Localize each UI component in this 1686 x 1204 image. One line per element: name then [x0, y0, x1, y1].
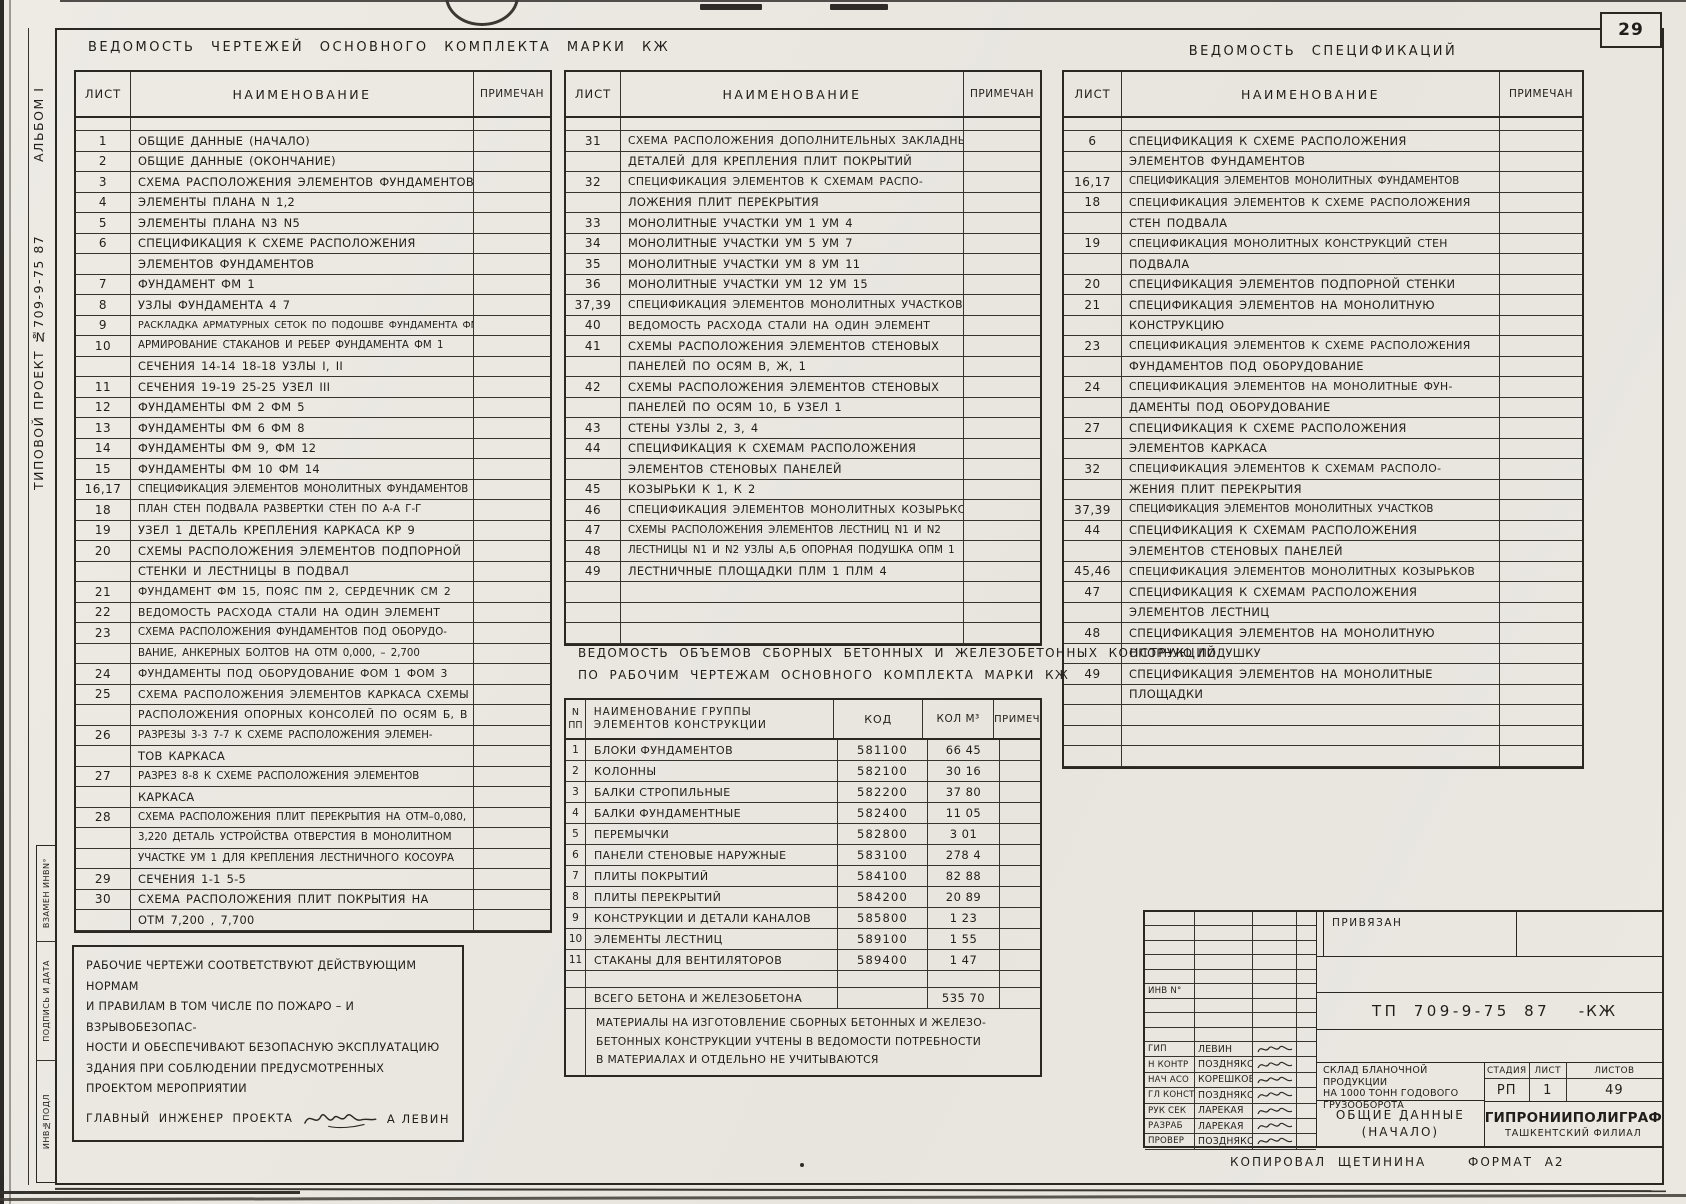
sheet-number-cell: 20: [76, 541, 131, 561]
drawing-name-cell: ФУНДАМЕНТ ФМ 1: [131, 275, 474, 295]
drawing-name-cell: ПАНЕЛЕЙ ПО ОСЯМ В, Ж, 1: [621, 357, 964, 377]
col-header-n: N ПП: [566, 700, 586, 738]
row-number-cell: 4: [566, 803, 586, 823]
title-block-cell: [1145, 955, 1195, 968]
drawing-name-cell: УЗЛЫ ФУНДАМЕНТА 4 7: [131, 295, 474, 315]
col-header-sheet: ЛИСТ: [76, 72, 131, 116]
sheet-number-cell: [1064, 316, 1122, 336]
sheet-number-cell: 21: [1064, 295, 1122, 315]
note-cell: [964, 603, 1040, 623]
drawing-name-cell: РАСПОЛОЖЕНИЯ ОПОРНЫХ КОНСОЛЕЙ ПО ОСЯМ Б,…: [131, 705, 474, 725]
note-cell: [1000, 908, 1040, 928]
note-cell: [1500, 541, 1582, 561]
sheet-number-cell: 24: [76, 664, 131, 684]
col-header-sheet: ЛИСТ: [1064, 72, 1122, 116]
sheet-number-cell: [76, 644, 131, 664]
table-header: N ПП НАИМЕНОВАНИЕ ГРУППЫ ЭЛЕМЕНТОВ КОНСТ…: [566, 700, 1040, 740]
blank-row: [566, 971, 1040, 988]
drawing-name-cell: СПЕЦИФИКАЦИЯ ЭЛЕМЕНТОВ МОНОЛИТНЫХ КОЗЫРЬ…: [1122, 562, 1500, 582]
table-row: КОНСТРУКЦИЮ: [1064, 316, 1582, 337]
table-row: 47СПЕЦИФИКАЦИЯ К СХЕМАМ РАСПОЛОЖЕНИЯ: [1064, 582, 1582, 603]
sheet-number-cell: 27: [1064, 418, 1122, 438]
signature-squiggle-icon: [1256, 1135, 1294, 1147]
table-header: ЛИСТ НАИМЕНОВАНИЕ ПРИМЕЧАН: [1064, 72, 1582, 118]
table-row: 44СПЕЦИФИКАЦИЯ К СХЕМАМ РАСПОЛОЖЕНИЯ: [566, 439, 1040, 460]
sheet-number-cell: 14: [76, 439, 131, 459]
quantity-cell: 20 89: [928, 887, 1000, 907]
table-row: ПОДВАЛА: [1064, 254, 1582, 275]
drawing-name-cell: СПЕЦИФИКАЦИЯ ЭЛЕМЕНТОВ НА МОНОЛИТНЫЕ: [1122, 664, 1500, 684]
sheet-number-cell: [1064, 152, 1122, 172]
group-name-cell: ПЛИТЫ ПОКРЫТИЙ: [586, 866, 838, 886]
person-name-cell: ЛАРЕКАЯ: [1195, 1104, 1253, 1118]
note-cell: [474, 664, 550, 684]
role-cell: РАЗРАБ: [1145, 1119, 1195, 1133]
drawing-name-cell: СПЕЦИФИКАЦИЯ К СХЕМЕ РАСПОЛОЖЕНИЯ: [1122, 418, 1500, 438]
quantity-cell: 1 23: [928, 908, 1000, 928]
drawing-name-cell: ФУНДАМЕНТЫ ПОД ОБОРУДОВАНИЕ ФОМ 1 ФОМ 3: [131, 664, 474, 684]
table-row: 29СЕЧЕНИЯ 1-1 5-5: [76, 869, 550, 890]
title-block-row: [1145, 1028, 1316, 1042]
note-cell: [1500, 377, 1582, 397]
sheet-number-cell: 25: [76, 685, 131, 705]
row-number-cell: 8: [566, 887, 586, 907]
title-block-cell: [1297, 1013, 1316, 1026]
role-cell: Н КОНТР: [1145, 1057, 1195, 1071]
table-row: [1064, 746, 1582, 767]
table-row: 44СПЕЦИФИКАЦИЯ К СХЕМАМ РАСПОЛОЖЕНИЯ: [1064, 521, 1582, 542]
group-name-cell: СТАКАНЫ ДЛЯ ВЕНТИЛЯТОРОВ: [586, 950, 838, 970]
table-row: ЖЕНИЯ ПЛИТ ПЕРЕКРЫТИЯ: [1064, 480, 1582, 501]
note-cell: [474, 480, 550, 500]
table-row: 45,46СПЕЦИФИКАЦИЯ ЭЛЕМЕНТОВ МОНОЛИТНЫХ К…: [1064, 562, 1582, 583]
signature-squiggle-icon: [1256, 1105, 1294, 1117]
sheet-number-cell: 48: [1064, 623, 1122, 643]
drawing-name-cell: [1122, 726, 1500, 746]
drawing-name-cell: ФУНДАМЕНТЫ ФМ 9, ФМ 12: [131, 439, 474, 459]
table-row: 35МОНОЛИТНЫЕ УЧАСТКИ УМ 8 УМ 11: [566, 254, 1040, 275]
table-row: 24ФУНДАМЕНТЫ ПОД ОБОРУДОВАНИЕ ФОМ 1 ФОМ …: [76, 664, 550, 685]
drawing-name-cell: 3,220 ДЕТАЛЬ УСТРОЙСТВА ОТВЕРСТИЯ В МОНО…: [131, 828, 474, 848]
group-name-cell: БАЛКИ ФУНДАМЕНТНЫЕ: [586, 803, 838, 823]
person-name-cell: ПОЗДНЯКОВ: [1195, 1088, 1253, 1102]
drawing-name-cell: КОЗЫРЬКИ К 1, К 2: [621, 480, 964, 500]
sheet-number-cell: 30: [76, 890, 131, 910]
drawing-name-cell: СХЕМА РАСПОЛОЖЕНИЯ ЭЛЕМЕНТОВ ФУНДАМЕНТОВ: [131, 172, 474, 192]
sheet-number-cell: [1064, 480, 1122, 500]
title-block-cell: [1253, 1028, 1297, 1041]
table-row: ЛОЖЕНИЯ ПЛИТ ПЕРЕКРЫТИЯ: [566, 193, 1040, 214]
title-block-cell: [1145, 941, 1195, 954]
table-row: 20СПЕЦИФИКАЦИЯ ЭЛЕМЕНТОВ ПОДПОРНОЙ СТЕНК…: [1064, 275, 1582, 296]
row-number-cell: 3: [566, 782, 586, 802]
note-cell: [474, 398, 550, 418]
signature-cell: [1253, 1088, 1297, 1102]
title-block-cell: [1253, 999, 1297, 1012]
drawing-name-cell: СПЕЦИФИКАЦИЯ ЭЛЕМЕНТОВ МОНОЛИТНЫХ КОЗЫРЬ…: [621, 500, 964, 520]
title-block-cell: [1145, 999, 1195, 1012]
stamp-cell: ПОДПИСЬ И ДАТА: [37, 942, 56, 1061]
table-row: 1ОБЩИЕ ДАННЫЕ (НАЧАЛО): [76, 131, 550, 152]
table-row: [566, 582, 1040, 603]
role-cell: ПРОВЕР: [1145, 1134, 1195, 1148]
sheet-number-cell: 45,46: [1064, 562, 1122, 582]
sheet-number-cell: [566, 152, 621, 172]
drawing-name-cell: ЭЛЕМЕНТОВ ФУНДАМЕНТОВ: [131, 254, 474, 274]
table-row: 34МОНОЛИТНЫЕ УЧАСТКИ УМ 5 УМ 7: [566, 234, 1040, 255]
drawing-name-cell: СТЕН ПОДВАЛА: [1122, 213, 1500, 233]
table-row: 45КОЗЫРЬКИ К 1, К 2: [566, 480, 1040, 501]
drawing-name-cell: ТОВ КАРКАСА: [131, 746, 474, 766]
drawing-name-cell: СПЕЦИФИКАЦИЯ ЭЛЕМЕНТОВ НА МОНОЛИТНЫЕ ФУН…: [1122, 377, 1500, 397]
sheet-number-cell: 31: [566, 131, 621, 151]
drawing-name-cell: [131, 118, 474, 130]
table-row: 2ОБЩИЕ ДАННЫЕ (ОКОНЧАНИЕ): [76, 152, 550, 173]
note-cell: [474, 118, 550, 130]
table-row: ОТМ 7,200 , 7,700: [76, 910, 550, 931]
title-block-bottom: СКЛАД БЛАНОЧНОЙ ПРОДУКЦИИ НА 1000 ТОНН Г…: [1317, 1063, 1662, 1146]
drawing-name-cell: [621, 603, 964, 623]
project-number-label: ТИПОВОЙ ПРОЕКТ №709-9-75 87: [31, 190, 46, 490]
compliance-note-text: РАБОЧИЕ ЧЕРТЕЖИ СООТВЕТСТВУЮТ ДЕЙСТВУЮЩИ…: [86, 956, 450, 1100]
drawing-name-cell: ПЛАН СТЕН ПОДВАЛА РАЗВЕРТКИ СТЕН ПО А-А …: [131, 500, 474, 520]
person-name-cell: ЛАРЕКАЯ: [1195, 1119, 1253, 1133]
table-row: [1064, 118, 1582, 131]
drawing-name-cell: СПЕЦИФИКАЦИЯ ЭЛЕМЕНТОВ К СХЕМАМ РАСПОЛО-: [1122, 459, 1500, 479]
sheet-number-cell: 16,17: [76, 480, 131, 500]
note-cell: [474, 562, 550, 582]
note-cell: [474, 849, 550, 869]
sheet-number-cell: 32: [566, 172, 621, 192]
specs-list-title: ВЕДОМОСТЬ СПЕЦИФИКАЦИЙ: [1062, 44, 1584, 59]
quantity-cell: 1 47: [928, 950, 1000, 970]
total-qty: 535 70: [928, 988, 1000, 1008]
title-block-row: [1145, 926, 1316, 940]
note-cell: [964, 193, 1040, 213]
note-cell: [1000, 824, 1040, 844]
date-cell: [1297, 1134, 1316, 1148]
drawing-name-cell: КОНСТРУКЦИЮ: [1122, 316, 1500, 336]
table-header: ЛИСТ НАИМЕНОВАНИЕ ПРИМЕЧАН: [566, 72, 1040, 118]
title-block-row: [1145, 941, 1316, 955]
drawing-name-cell: СПЕЦИФИКАЦИЯ К СХЕМЕ РАСПОЛОЖЕНИЯ: [1122, 131, 1500, 151]
volumes-table: N ПП НАИМЕНОВАНИЕ ГРУППЫ ЭЛЕМЕНТОВ КОНСТ…: [564, 698, 1042, 1077]
col-header-note: ПРИМЕЧАН: [1500, 72, 1582, 116]
note-cell: [474, 910, 550, 930]
drawing-name-cell: ПАНЕЛЕЙ ПО ОСЯМ 10, Б УЗЕЛ 1: [621, 398, 964, 418]
note-cell: [474, 808, 550, 828]
drawing-name-cell: РАЗРЕЗ 8-8 К СХЕМЕ РАСПОЛОЖЕНИЯ ЭЛЕМЕНТО…: [131, 767, 474, 787]
sheet-number-cell: 35: [566, 254, 621, 274]
note-cell: [964, 275, 1040, 295]
table-row: 25СХЕМА РАСПОЛОЖЕНИЯ ЭЛЕМЕНТОВ КАРКАСА С…: [76, 685, 550, 706]
sheet-number-cell: 19: [76, 521, 131, 541]
sheet-number-cell: 10: [76, 336, 131, 356]
sheet-number-cell: 8: [76, 295, 131, 315]
table-row: [566, 603, 1040, 624]
empty-band: [1317, 957, 1662, 993]
row-number-cell: 7: [566, 866, 586, 886]
sheet-number-cell: [1064, 357, 1122, 377]
quantity-cell: 11 05: [928, 803, 1000, 823]
signature-row: Н КОНТРПОЗДНЯКОВ: [1145, 1057, 1316, 1072]
sheet-number-cell: [76, 562, 131, 582]
table-row: ДЕТАЛЕЙ ДЛЯ КРЕПЛЕНИЯ ПЛИТ ПОКРЫТИЙ: [566, 152, 1040, 173]
col-header-sheet: ЛИСТ: [566, 72, 621, 116]
drawing-name-cell: АРМИРОВАНИЕ СТАКАНОВ И РЕБЕР ФУНДАМЕНТА …: [131, 336, 474, 356]
note-cell: [964, 582, 1040, 602]
sheet-value: 1: [1530, 1079, 1567, 1101]
col-header-code: КОД: [834, 700, 923, 738]
note-cell: [964, 459, 1040, 479]
group-name-cell: ЭЛЕМЕНТЫ ЛЕСТНИЦ: [586, 929, 838, 949]
table-row: 28СХЕМА РАСПОЛОЖЕНИЯ ПЛИТ ПЕРЕКРЫТИЯ НА …: [76, 808, 550, 829]
col-header-note: ПРИМЕЧАН: [474, 72, 550, 116]
col-header-note: ПРИМЕЧАН: [964, 72, 1040, 116]
sheet-number-cell: 47: [566, 521, 621, 541]
stamp-label: ИНВ№ПОДЛ: [42, 1094, 51, 1149]
sheet-number-cell: 7: [76, 275, 131, 295]
drawing-name-cell: [621, 582, 964, 602]
table-row: 4ЭЛЕМЕНТЫ ПЛАНА N 1,2: [76, 193, 550, 214]
sheet-number-cell: [76, 357, 131, 377]
specs-table: ЛИСТ НАИМЕНОВАНИЕ ПРИМЕЧАН 6СПЕЦИФИКАЦИЯ…: [1062, 70, 1584, 769]
title-block-cell: [1145, 970, 1195, 983]
drawing-name-cell: [621, 623, 964, 643]
note-cell: [1000, 929, 1040, 949]
signature-cell: [1253, 1057, 1297, 1071]
table-row: 16,17СПЕЦИФИКАЦИЯ ЭЛЕМЕНТОВ МОНОЛИТНЫХ Ф…: [1064, 172, 1582, 193]
drawing-name-cell: ФУНДАМЕНТЫ ФМ 10 ФМ 14: [131, 459, 474, 479]
table-row: 6ПАНЕЛИ СТЕНОВЫЕ НАРУЖНЫЕ583100278 4: [566, 845, 1040, 866]
note-cell: [1500, 316, 1582, 336]
table-row: 7ФУНДАМЕНТ ФМ 1: [76, 275, 550, 296]
sheet-number-cell: 43: [566, 418, 621, 438]
sheet-number-cell: [76, 254, 131, 274]
document-suffix: -КЖ: [1579, 1002, 1617, 1020]
sheet-number-cell: [1064, 685, 1122, 705]
sheets-label: ЛИСТОВ: [1567, 1063, 1662, 1078]
drawing-name-cell: СПЕЦИФИКАЦИЯ ЭЛЕМЕНТОВ К СХЕМЕ РАСПОЛОЖЕ…: [1122, 193, 1500, 213]
title-block-row: [1145, 970, 1316, 984]
note-cell: [964, 398, 1040, 418]
table-row: 21ФУНДАМЕНТ ФМ 15, ПОЯС ПМ 2, СЕРДЕЧНИК …: [76, 582, 550, 603]
sheet-number-cell: 32: [1064, 459, 1122, 479]
code-cell: 584100: [838, 866, 928, 886]
sheet-number-cell: 21: [76, 582, 131, 602]
group-name-cell: КОНСТРУКЦИИ И ДЕТАЛИ КАНАЛОВ: [586, 908, 838, 928]
drawing-name-cell: СПЕЦИФИКАЦИЯ ЭЛЕМЕНТОВ МОНОЛИТНЫХ УЧАСТК…: [1122, 500, 1500, 520]
note-cell: [964, 521, 1040, 541]
project-name: СКЛАД БЛАНОЧНОЙ ПРОДУКЦИИ НА 1000 ТОНН Г…: [1317, 1063, 1484, 1101]
sheet-number-cell: 40: [566, 316, 621, 336]
note-cell: [1500, 357, 1582, 377]
drawing-name-cell: ФУНДАМЕНТОВ ПОД ОБОРУДОВАНИЕ: [1122, 357, 1500, 377]
note-cell: [964, 336, 1040, 356]
title-block-row: [1145, 955, 1316, 969]
title-block-cell: [1195, 955, 1253, 968]
sheet-number-cell: 16,17: [1064, 172, 1122, 192]
note-cell: [1500, 480, 1582, 500]
sheet-number-cell: 4: [76, 193, 131, 213]
role-cell: НАЧ АСО: [1145, 1073, 1195, 1087]
note-cell: [964, 254, 1040, 274]
title-block-cell: [1297, 984, 1316, 997]
total-row: ВСЕГО БЕТОНА И ЖЕЛЕЗОБЕТОНА 535 70: [566, 988, 1040, 1009]
sheet-number-cell: 12: [76, 398, 131, 418]
table-row: 48ЛЕСТНИЦЫ N1 И N2 УЗЛЫ А,Б ОПОРНАЯ ПОДУ…: [566, 541, 1040, 562]
title-block-row: [1145, 1013, 1316, 1027]
note-cell: [474, 685, 550, 705]
table-row: ЭЛЕМЕНТОВ ФУНДАМЕНТОВ: [1064, 152, 1582, 173]
note-cell: [964, 131, 1040, 151]
drawing-name-cell: УЗЕЛ 1 ДЕТАЛЬ КРЕПЛЕНИЯ КАРКАСА КР 9: [131, 521, 474, 541]
table-row: 11СЕЧЕНИЯ 19-19 25-25 УЗЕЛ III: [76, 377, 550, 398]
code-cell: 581100: [838, 740, 928, 760]
scan-edge-left-line: [9, 0, 11, 1204]
title-block-cell: [1253, 1013, 1297, 1026]
drawing-name-cell: ДЕТАЛЕЙ ДЛЯ КРЕПЛЕНИЯ ПЛИТ ПОКРЫТИЙ: [621, 152, 964, 172]
code-cell: 582100: [838, 761, 928, 781]
scan-top-line: [60, 0, 1686, 2]
drawing-name-cell: СХЕМЫ РАСПОЛОЖЕНИЯ ЭЛЕМЕНТОВ ЛЕСТНИЦ N1 …: [621, 521, 964, 541]
sheet-number-cell: [1064, 254, 1122, 274]
note-cell: [474, 787, 550, 807]
sheet-number-cell: 18: [76, 500, 131, 520]
sheet-number-cell: 44: [566, 439, 621, 459]
note-cell: [1500, 623, 1582, 643]
drawing-name-cell: СПЕЦИФИКАЦИЯ ЭЛЕМЕНТОВ МОНОЛИТНЫХ ФУНДАМ…: [131, 480, 474, 500]
title-block-cell: [1297, 1028, 1316, 1041]
group-name-cell: ПЕРЕМЫЧКИ: [586, 824, 838, 844]
row-number-cell: 9: [566, 908, 586, 928]
date-cell: [1297, 1119, 1316, 1133]
note-cell: [1500, 172, 1582, 192]
table-row: 10ЭЛЕМЕНТЫ ЛЕСТНИЦ5891001 55: [566, 929, 1040, 950]
table-row: 1БЛОКИ ФУНДАМЕНТОВ58110066 45: [566, 740, 1040, 761]
note-cell: [1500, 685, 1582, 705]
note-cell: [474, 357, 550, 377]
quantity-cell: 37 80: [928, 782, 1000, 802]
drawings-table-left: ЛИСТ НАИМЕНОВАНИЕ ПРИМЕЧАН 1ОБЩИЕ ДАННЫЕ…: [74, 70, 552, 933]
sheet-number-cell: 42: [566, 377, 621, 397]
drawing-name-cell: ФУНДАМЕНТЫ ФМ 6 ФМ 8: [131, 418, 474, 438]
chief-engineer-signature-row: ГЛАВНЫЙ ИНЖЕНЕР ПРОЕКТА А ЛЕВИН: [86, 1106, 450, 1132]
sheet-number-cell: 28: [76, 808, 131, 828]
note-cell: [474, 377, 550, 397]
note-cell: [474, 890, 550, 910]
sheet-number-cell: 48: [566, 541, 621, 561]
note-cell: [474, 767, 550, 787]
sheet-number-cell: 49: [1064, 664, 1122, 684]
drawing-name-cell: ВЕДОМОСТЬ РАСХОДА СТАЛИ НА ОДИН ЭЛЕМЕНТ: [131, 603, 474, 623]
scanned-drawing-sheet: 29 АЛЬБОМ I ТИПОВОЙ ПРОЕКТ №709-9-75 87 …: [0, 0, 1686, 1204]
note-cell: [1500, 275, 1582, 295]
note-cell: [1500, 726, 1582, 746]
page-number: 29: [1618, 20, 1644, 40]
sheet-number-cell: [76, 849, 131, 869]
chief-engineer-label: ГЛАВНЫЙ ИНЖЕНЕР ПРОЕКТА: [86, 1112, 293, 1125]
table-row: 18ПЛАН СТЕН ПОДВАЛА РАЗВЕРТКИ СТЕН ПО А-…: [76, 500, 550, 521]
title-block-cell: [1195, 984, 1253, 997]
note-cell: [474, 582, 550, 602]
table-row: 24СПЕЦИФИКАЦИЯ ЭЛЕМЕНТОВ НА МОНОЛИТНЫЕ Ф…: [1064, 377, 1582, 398]
table-row: 41СХЕМЫ РАСПОЛОЖЕНИЯ ЭЛЕМЕНТОВ СТЕНОВЫХ: [566, 336, 1040, 357]
drawing-name-cell: СПЕЦИФИКАЦИЯ ЭЛЕМЕНТОВ МОНОЛИТНЫХ УЧАСТК…: [621, 295, 964, 315]
sheet-number-cell: 36: [566, 275, 621, 295]
attached-row: ПРИВЯЗАН: [1317, 912, 1662, 957]
note-cell: [474, 131, 550, 151]
sheet-number-cell: 23: [76, 623, 131, 643]
table-row: 6СПЕЦИФИКАЦИЯ К СХЕМЕ РАСПОЛОЖЕНИЯ: [1064, 131, 1582, 152]
note-cell: [964, 152, 1040, 172]
table-row: ПАНЕЛЕЙ ПО ОСЯМ В, Ж, 1: [566, 357, 1040, 378]
scan-edge-left: [0, 0, 4, 1204]
note-cell: [474, 623, 550, 643]
note-cell: [474, 869, 550, 889]
note-cell: [1500, 254, 1582, 274]
note-cell: [1000, 866, 1040, 886]
title-block-row: ИНВ N°: [1145, 984, 1316, 998]
organization-box: ГИПРОНИИПОЛИГРАФ ТАШКЕНТСКИЙ ФИЛИАЛ: [1485, 1102, 1662, 1146]
table-row: ТОВ КАРКАСА: [76, 746, 550, 767]
note-cell: [964, 172, 1040, 192]
note-cell: [474, 726, 550, 746]
table-row: 10АРМИРОВАНИЕ СТАКАНОВ И РЕБЕР ФУНДАМЕНТ…: [76, 336, 550, 357]
drawing-name-cell: ФУНДАМЕНТЫ ФМ 2 ФМ 5: [131, 398, 474, 418]
note-cell: [1500, 664, 1582, 684]
drawing-name-cell: ФУНДАМЕНТ ФМ 15, ПОЯС ПМ 2, СЕРДЕЧНИК СМ…: [131, 582, 474, 602]
note-cell: [964, 418, 1040, 438]
stamp-cell: ВЗАМЕН ИНВN°: [37, 846, 56, 942]
drawing-name-cell: ЛЕСТНИЧНЫЕ ПЛОЩАДКИ ПЛМ 1 ПЛМ 4: [621, 562, 964, 582]
drawing-name-cell: [1122, 118, 1500, 130]
stage-label: СТАДИЯ: [1485, 1063, 1530, 1078]
title-block-cell: [1297, 970, 1316, 983]
table-row: ДАМЕНТЫ ПОД ОБОРУДОВАНИЕ: [1064, 398, 1582, 419]
drawing-name-cell: ЛОЖЕНИЯ ПЛИТ ПЕРЕКРЫТИЯ: [621, 193, 964, 213]
note-cell: [1500, 213, 1582, 233]
person-name-cell: КОРЕШКОВ: [1195, 1073, 1253, 1087]
attached-label: ПРИВЯЗАН: [1323, 912, 1517, 956]
drawing-name-cell: [621, 118, 964, 130]
drawing-name-cell: СХЕМЫ РАСПОЛОЖЕНИЯ ЭЛЕМЕНТОВ СТЕНОВЫХ: [621, 377, 964, 397]
drawing-name-cell: ОБЩИЕ ДАННЫЕ (НАЧАЛО): [131, 131, 474, 151]
title-block-cell: [1195, 941, 1253, 954]
drawing-name-cell: СПЕЦИФИКАЦИЯ К СХЕМАМ РАСПОЛОЖЕНИЯ: [621, 439, 964, 459]
drawings-table-middle: ЛИСТ НАИМЕНОВАНИЕ ПРИМЕЧАН 31СХЕМА РАСПО…: [564, 70, 1042, 646]
row-number-cell: 2: [566, 761, 586, 781]
title-block-top-rows: ИНВ N°: [1145, 912, 1316, 1042]
total-label: ВСЕГО БЕТОНА И ЖЕЛЕЗОБЕТОНА: [586, 988, 838, 1008]
table-row: 36МОНОЛИТНЫЕ УЧАСТКИ УМ 12 УМ 15: [566, 275, 1040, 296]
signature-row: ГИПЛЕВИН: [1145, 1042, 1316, 1057]
note-cell: [1500, 521, 1582, 541]
sheet-label: ЛИСТ: [1530, 1063, 1567, 1078]
drawing-name-cell: СХЕМА РАСПОЛОЖЕНИЯ ДОПОЛНИТЕЛЬНЫХ ЗАКЛАД…: [621, 131, 964, 151]
table-row: [1064, 726, 1582, 747]
sheet-number-cell: [566, 118, 621, 130]
signature-row: РАЗРАБЛАРЕКАЯ: [1145, 1119, 1316, 1134]
row-number-cell: 1: [566, 740, 586, 760]
col-header-name: НАИМЕНОВАНИЕ: [1122, 72, 1500, 116]
note-cell: [1500, 295, 1582, 315]
drawing-name-cell: ЭЛЕМЕНТОВ СТЕНОВЫХ ПАНЕЛЕЙ: [1122, 541, 1500, 561]
sheet-number-cell: 47: [1064, 582, 1122, 602]
sheet-number-cell: 19: [1064, 234, 1122, 254]
title-block-cell: [1297, 941, 1316, 954]
table-row: ПАНЕЛЕЙ ПО ОСЯМ 10, Б УЗЕЛ 1: [566, 398, 1040, 419]
